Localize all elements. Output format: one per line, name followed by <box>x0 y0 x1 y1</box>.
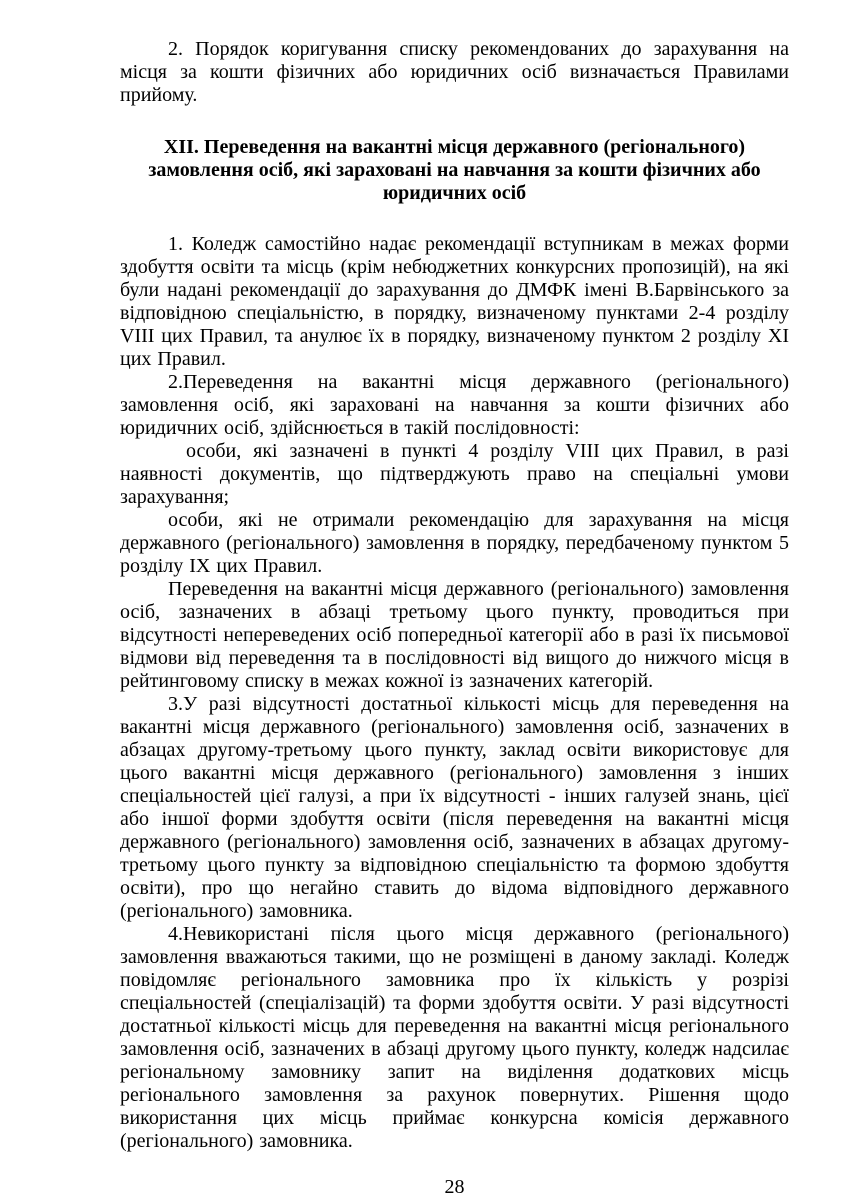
intro-paragraph: 2. Порядок коригування списку рекомендов… <box>120 38 789 107</box>
paragraph-2-item-2: особи, які не отримали рекомендацію для … <box>120 509 789 578</box>
paragraph-3: 3.У разі відсутності достатньої кількост… <box>120 693 789 923</box>
document-page: 2. Порядок коригування списку рекомендов… <box>0 0 849 1200</box>
paragraph-4: 4.Невикористані після цього місця держав… <box>120 923 789 1153</box>
section-heading: XII. Переведення на вакантні місця держа… <box>120 136 789 205</box>
paragraph-1: 1. Коледж самостійно надає рекомендації … <box>120 233 789 371</box>
page-number: 28 <box>120 1176 789 1199</box>
paragraph-2-continuation: Переведення на вакантні місця державного… <box>120 578 789 693</box>
paragraph-2-item-1: особи, які зазначені в пункті 4 розділу … <box>120 440 789 509</box>
paragraph-2: 2.Переведення на вакантні місця державно… <box>120 371 789 440</box>
